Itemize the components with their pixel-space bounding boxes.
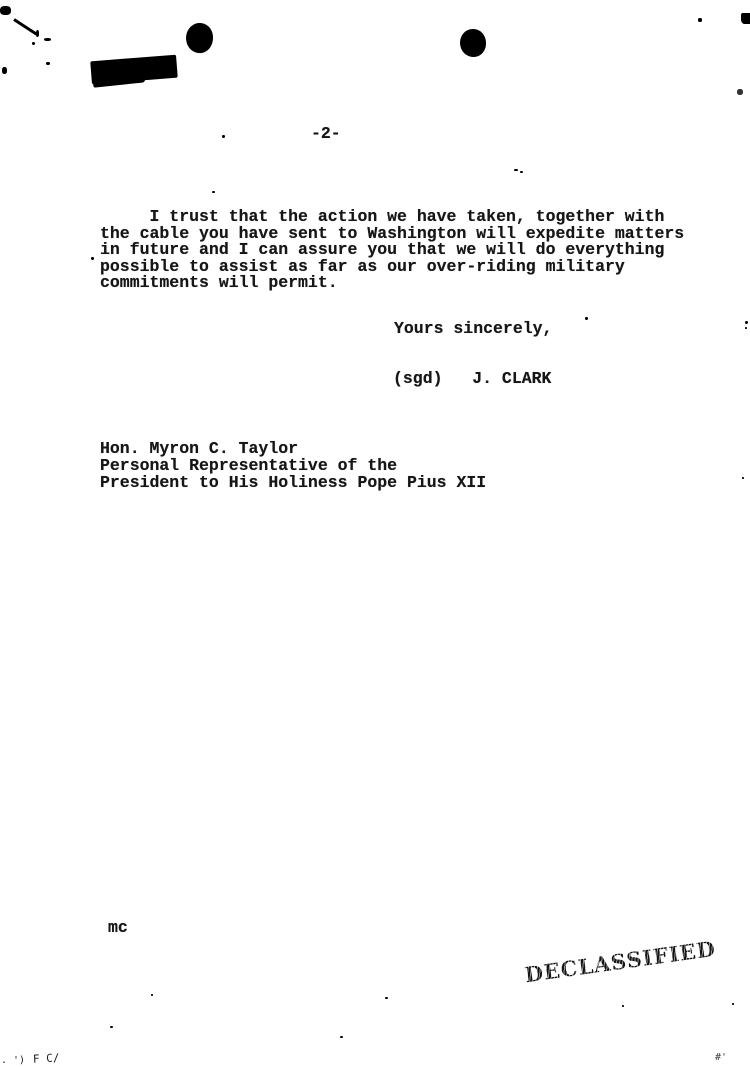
scan-speck [36, 30, 39, 37]
scanned-letter-page: -2- I trust that the action we have take… [0, 0, 750, 1067]
scan-speck [745, 327, 747, 329]
scan-speck [745, 321, 748, 324]
scan-speck [585, 317, 588, 320]
bottom-left-scribble-2: F C/ [33, 1053, 60, 1064]
scan-speck [622, 1005, 624, 1007]
hole-punch-left-icon [185, 22, 215, 55]
scan-speck [514, 169, 518, 171]
scan-speck [44, 38, 51, 41]
recipient-address-block: Hon. Myron C. Taylor Personal Representa… [100, 440, 486, 491]
scan-speck [340, 1036, 343, 1038]
page-number: -2- [311, 126, 341, 143]
scan-stroke [13, 18, 37, 35]
scan-speck [46, 62, 50, 65]
scan-speck [0, 6, 11, 15]
scan-speck [222, 135, 225, 138]
scan-speck [520, 171, 523, 173]
typist-initials: mc [108, 920, 128, 937]
scan-speck [385, 997, 388, 999]
declassified-stamp: DECLASSIFIED [523, 937, 717, 988]
letter-closing: Yours sincerely, [394, 321, 552, 338]
scan-speck [212, 191, 215, 193]
scan-speck [742, 477, 744, 479]
scan-speck [732, 1003, 734, 1005]
scan-speck [151, 994, 153, 996]
scan-speck [741, 13, 750, 24]
bottom-right-scribble: #' [715, 1053, 727, 1063]
scan-speck [91, 257, 94, 260]
hole-punch-right-icon [460, 29, 486, 57]
bottom-left-scribble: . ') [1, 1056, 25, 1066]
scan-speck [2, 67, 7, 74]
scan-speck [32, 42, 35, 45]
letter-body-paragraph: I trust that the action we have taken, t… [100, 209, 684, 292]
scan-speck [110, 1026, 113, 1028]
signature-line: (sgd) J. CLARK [393, 371, 551, 388]
scan-speck [737, 89, 743, 95]
scan-speck [698, 18, 702, 22]
